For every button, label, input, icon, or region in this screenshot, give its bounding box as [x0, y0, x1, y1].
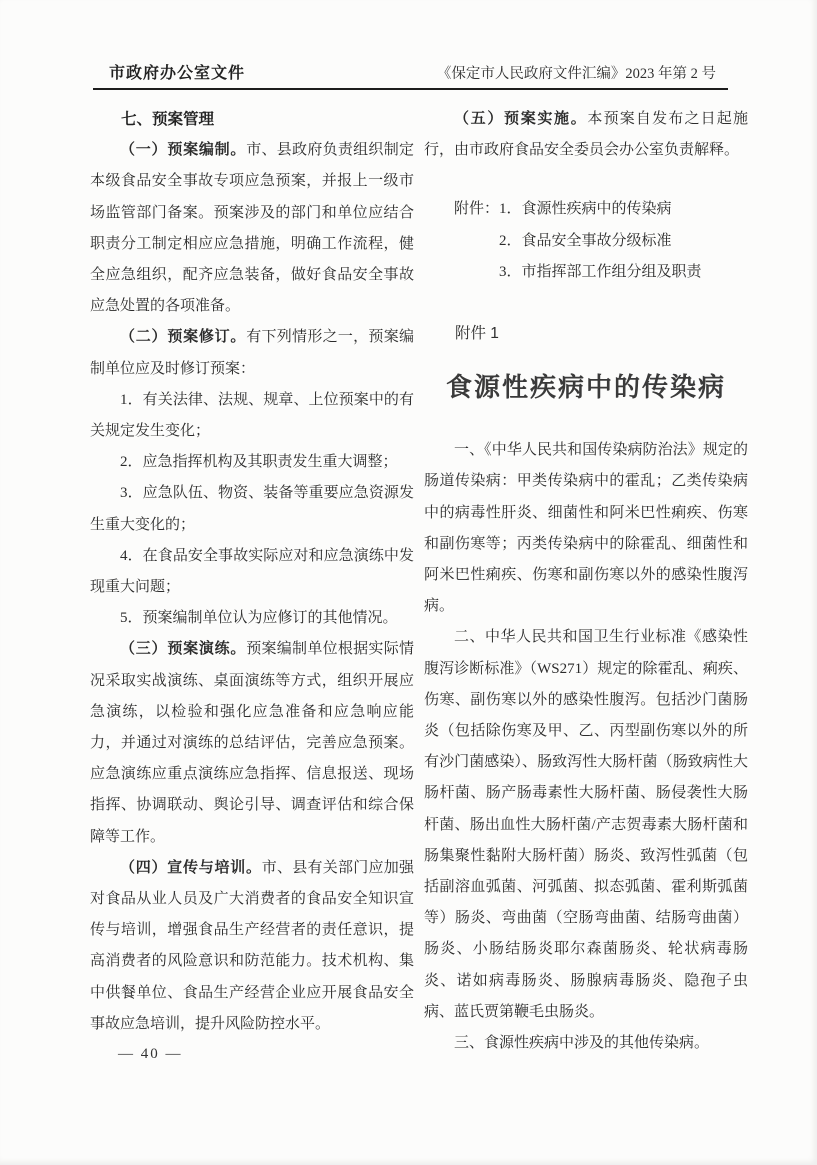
- attachments-label: 附件：: [454, 201, 499, 217]
- page-header: 市政府办公室文件 《保定市人民政府文件汇编》2023 年第 2 号: [93, 60, 728, 90]
- section-heading: 七、预案管理: [90, 104, 414, 135]
- right-column: （五）预案实施。本预案自发布之日起施行，由市政府食品安全委员会办公室负责解释。 …: [424, 104, 748, 1059]
- paragraph-text: 预案编制单位根据实际情况采取实战演练、桌面演练等方式，组织开展应急演练，以检验和…: [90, 641, 414, 844]
- paragraph-text: 市、县政府负责组织制定本级食品安全事故专项应急预案，并报上一级市场监管部门备案。…: [90, 142, 414, 314]
- attachment-item: 3．市指挥部工作组分组及职责: [424, 257, 748, 288]
- paragraph: （二）预案修订。有下列情形之一，预案编制单位应及时修订预案：: [90, 322, 414, 384]
- numbered-item: 4．在食品安全事故实际应对和应急演练中发现重大问题；: [90, 541, 414, 603]
- paragraph-lead: （五）预案实施。: [454, 111, 587, 127]
- annex-paragraph: 二、中华人民共和国卫生行业标准《感染性腹泻诊断标准》（WS271）规定的除霍乱、…: [424, 622, 748, 1028]
- attachments-line: 附件：1．食源性疾病中的传染病: [424, 194, 748, 225]
- numbered-item: 1．有关法律、法规、规章、上位预案中的有关规定发生变化；: [90, 385, 414, 447]
- attachment-item: 2．食品安全事故分级标准: [424, 226, 748, 257]
- numbered-item: 3．应急队伍、物资、装备等重要应急资源发生重大变化的；: [90, 478, 414, 540]
- paragraph: （四）宣传与培训。市、县有关部门应加强对食品从业人员及广大消费者的食品安全知识宣…: [90, 853, 414, 1040]
- document-page: 市政府办公室文件 《保定市人民政府文件汇编》2023 年第 2 号 七、预案管理…: [0, 0, 817, 1165]
- annex-title: 食源性疾病中的传染病: [424, 369, 748, 405]
- annex-label: 附件 1: [424, 318, 748, 349]
- left-column: 七、预案管理 （一）预案编制。市、县政府负责组织制定本级食品安全事故专项应急预案…: [90, 104, 414, 1040]
- annex-paragraph: 一、《中华人民共和国传染病防治法》规定的肠道传染病：甲类传染病中的霍乱；乙类传染…: [424, 435, 748, 622]
- paragraph-lead: （二）预案修订。: [120, 329, 246, 345]
- paragraph-lead: （四）宣传与培训。: [120, 860, 262, 876]
- page-number: — 40 —: [118, 1046, 183, 1063]
- attachments-list: 附件：1．食源性疾病中的传染病 2．食品安全事故分级标准 3．市指挥部工作组分组…: [424, 194, 748, 288]
- paragraph-text: 市、县有关部门应加强对食品从业人员及广大消费者的食品安全知识宣传与培训，增强食品…: [90, 860, 414, 1032]
- paragraph: （一）预案编制。市、县政府负责组织制定本级食品安全事故专项应急预案，并报上一级市…: [90, 135, 414, 322]
- paragraph-lead: （一）预案编制。: [120, 142, 246, 158]
- header-right-title: 《保定市人民政府文件汇编》2023 年第 2 号: [437, 62, 728, 83]
- paragraph: （三）预案演练。预案编制单位根据实际情况采取实战演练、桌面演练等方式，组织开展应…: [90, 634, 414, 852]
- header-left-title: 市政府办公室文件: [93, 60, 245, 83]
- annex-paragraph: 三、食源性疾病中涉及的其他传染病。: [424, 1028, 748, 1059]
- paragraph: （五）预案实施。本预案自发布之日起施行，由市政府食品安全委员会办公室负责解释。: [424, 104, 748, 166]
- numbered-item: 2．应急指挥机构及其职责发生重大调整；: [90, 447, 414, 478]
- paragraph-lead: （三）预案演练。: [120, 641, 246, 657]
- attachment-item: 1．食源性疾病中的传染病: [499, 201, 672, 217]
- numbered-item: 5．预案编制单位认为应修订的其他情况。: [90, 603, 414, 634]
